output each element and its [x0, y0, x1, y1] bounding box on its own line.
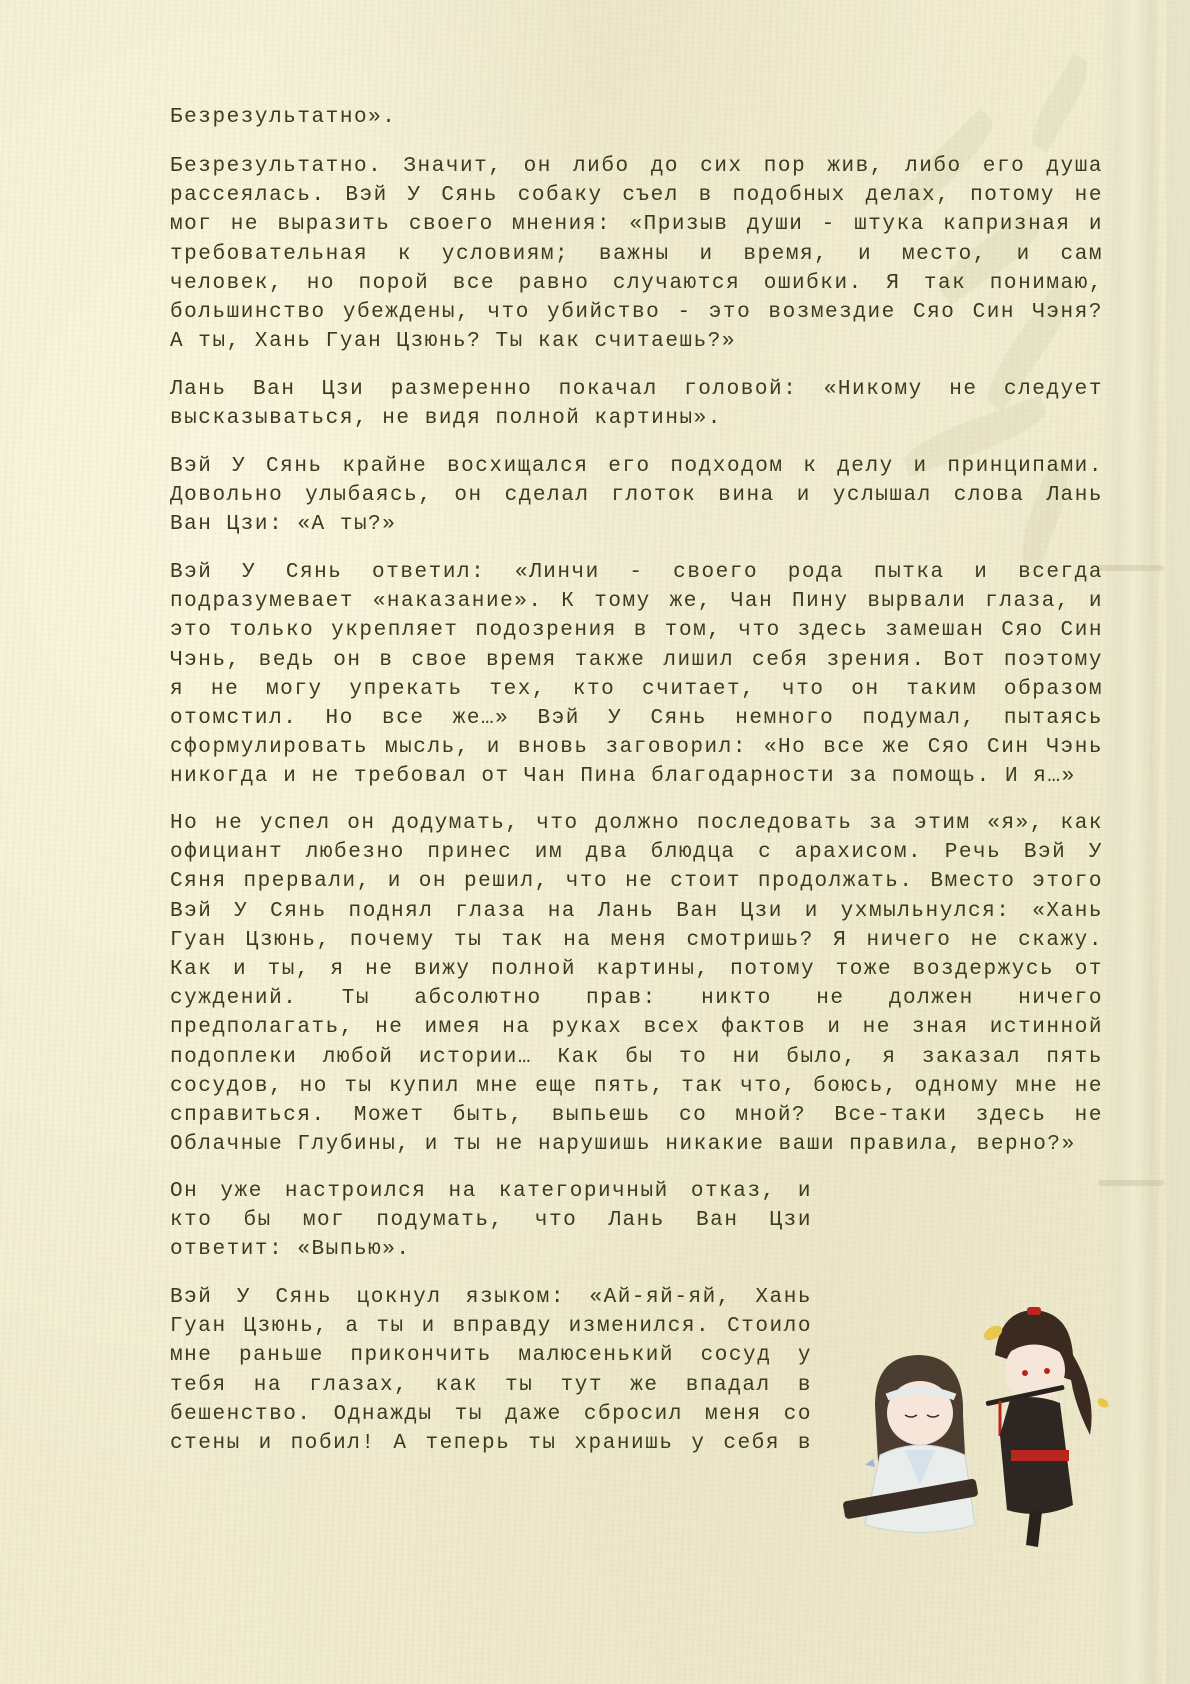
- paragraph: Безрезультатно».: [170, 103, 1103, 132]
- text-line: Сяня прервали, и он решил, что не стоит …: [170, 867, 1103, 896]
- text-line: сосудов, но ты купил мне еще пять, так ч…: [170, 1072, 1103, 1101]
- text-line: тебя на глазах, как ты тут же впадал в: [170, 1371, 812, 1400]
- text-line: стены и побил! А теперь ты хранишь у себ…: [170, 1429, 812, 1458]
- text-line: суждений. Ты абсолютно прав: никто не до…: [170, 984, 1103, 1013]
- text-line: Безрезультатно».: [170, 103, 1103, 132]
- text-line: подразумевает «наказание». К тому же, Ча…: [170, 587, 1103, 616]
- text-line: кто бы мог подумать, что Лань Ван Цзи: [170, 1206, 812, 1235]
- bamboo-stalk: [1166, 0, 1190, 1684]
- text-line: мог не выразить своего мнения: «Призыв д…: [170, 210, 1103, 239]
- text-line: Ван Цзи: «А ты?»: [170, 510, 1103, 539]
- text-line: Довольно улыбаясь, он сделал глоток вина…: [170, 481, 1103, 510]
- text-line: большинство убеждены, что убийство - это…: [170, 298, 1103, 327]
- text-line: Гуан Цзюнь, почему ты так на меня смотри…: [170, 926, 1103, 955]
- paragraph: Вэй У Сянь цокнул языком: «Ай-яй-яй, Хан…: [170, 1283, 812, 1458]
- text-line: отомстил. Но все же…» Вэй У Сянь немного…: [170, 704, 1103, 733]
- text-line: мне раньше прикончить малюсенький сосуд …: [170, 1341, 812, 1370]
- text-line: Чэнь, ведь он в свое время также лишил с…: [170, 646, 1103, 675]
- bamboo-node: [1098, 1180, 1164, 1186]
- text-line: Но не успел он додумать, что должно посл…: [170, 809, 1103, 838]
- text-line: Облачные Глубины, и ты не нарушишь никак…: [170, 1130, 1103, 1159]
- text-line: я не могу упрекать тех, кто считает, что…: [170, 675, 1103, 704]
- paragraph: Безрезультатно. Значит, он либо до сих п…: [170, 152, 1103, 356]
- text-line: человек, но порой все равно случаются ош…: [170, 269, 1103, 298]
- text-line: Вэй У Сянь поднял глаза на Лань Ван Цзи …: [170, 897, 1103, 926]
- text-line: официант любезно принес им два блюдца с …: [170, 838, 1103, 867]
- text-line: требовательная к условиям; важны и время…: [170, 240, 1103, 269]
- text-line: Как и ты, я не вижу полной картины, пото…: [170, 955, 1103, 984]
- text-line: это только укрепляет подозрения в том, ч…: [170, 616, 1103, 645]
- text-line: Вэй У Сянь ответил: «Линчи - своего рода…: [170, 558, 1103, 587]
- musicians-illustration-icon: [835, 1285, 1135, 1565]
- text-line: Гуан Цзюнь, а ты и вправду изменился. Ст…: [170, 1312, 812, 1341]
- paragraph: Лань Ван Цзи размеренно покачал головой:…: [170, 375, 1103, 433]
- text-line: справиться. Может быть, выпьешь со мной?…: [170, 1101, 1103, 1130]
- chibi-illustration: [835, 1285, 1135, 1565]
- paragraph: Вэй У Сянь ответил: «Линчи - своего рода…: [170, 558, 1103, 792]
- text-line: никогда и не требовал от Чан Пина благод…: [170, 762, 1103, 791]
- paragraph: Но не успел он додумать, что должно посл…: [170, 809, 1103, 1159]
- text-line: Вэй У Сянь крайне восхищался его подходо…: [170, 452, 1103, 481]
- text-line: сформулировать мысль, и вновь заговорил:…: [170, 733, 1103, 762]
- text-line: подоплеки любой истории… Как бы то ни бы…: [170, 1043, 1103, 1072]
- text-line: А ты, Хань Гуан Цзюнь? Ты как считаешь?»: [170, 327, 1103, 356]
- text-line: бешенство. Однажды ты даже сбросил меня …: [170, 1400, 812, 1429]
- text-line: ответит: «Выпью».: [170, 1235, 812, 1264]
- bamboo-node: [1098, 565, 1164, 571]
- text-line: Лань Ван Цзи размеренно покачал головой:…: [170, 375, 1103, 404]
- paragraph: Вэй У Сянь крайне восхищался его подходо…: [170, 452, 1103, 540]
- text-line: рассеялась. Вэй У Сянь собаку съел в под…: [170, 181, 1103, 210]
- text-line: Вэй У Сянь цокнул языком: «Ай-яй-яй, Хан…: [170, 1283, 812, 1312]
- paragraph: Он уже настроился на категоричный отказ,…: [170, 1177, 812, 1265]
- text-line: предполагать, не имея на руках всех факт…: [170, 1013, 1103, 1042]
- text-line: Он уже настроился на категоричный отказ,…: [170, 1177, 812, 1206]
- text-line: Безрезультатно. Значит, он либо до сих п…: [170, 152, 1103, 181]
- text-line: высказываться, не видя полной картины».: [170, 404, 1103, 433]
